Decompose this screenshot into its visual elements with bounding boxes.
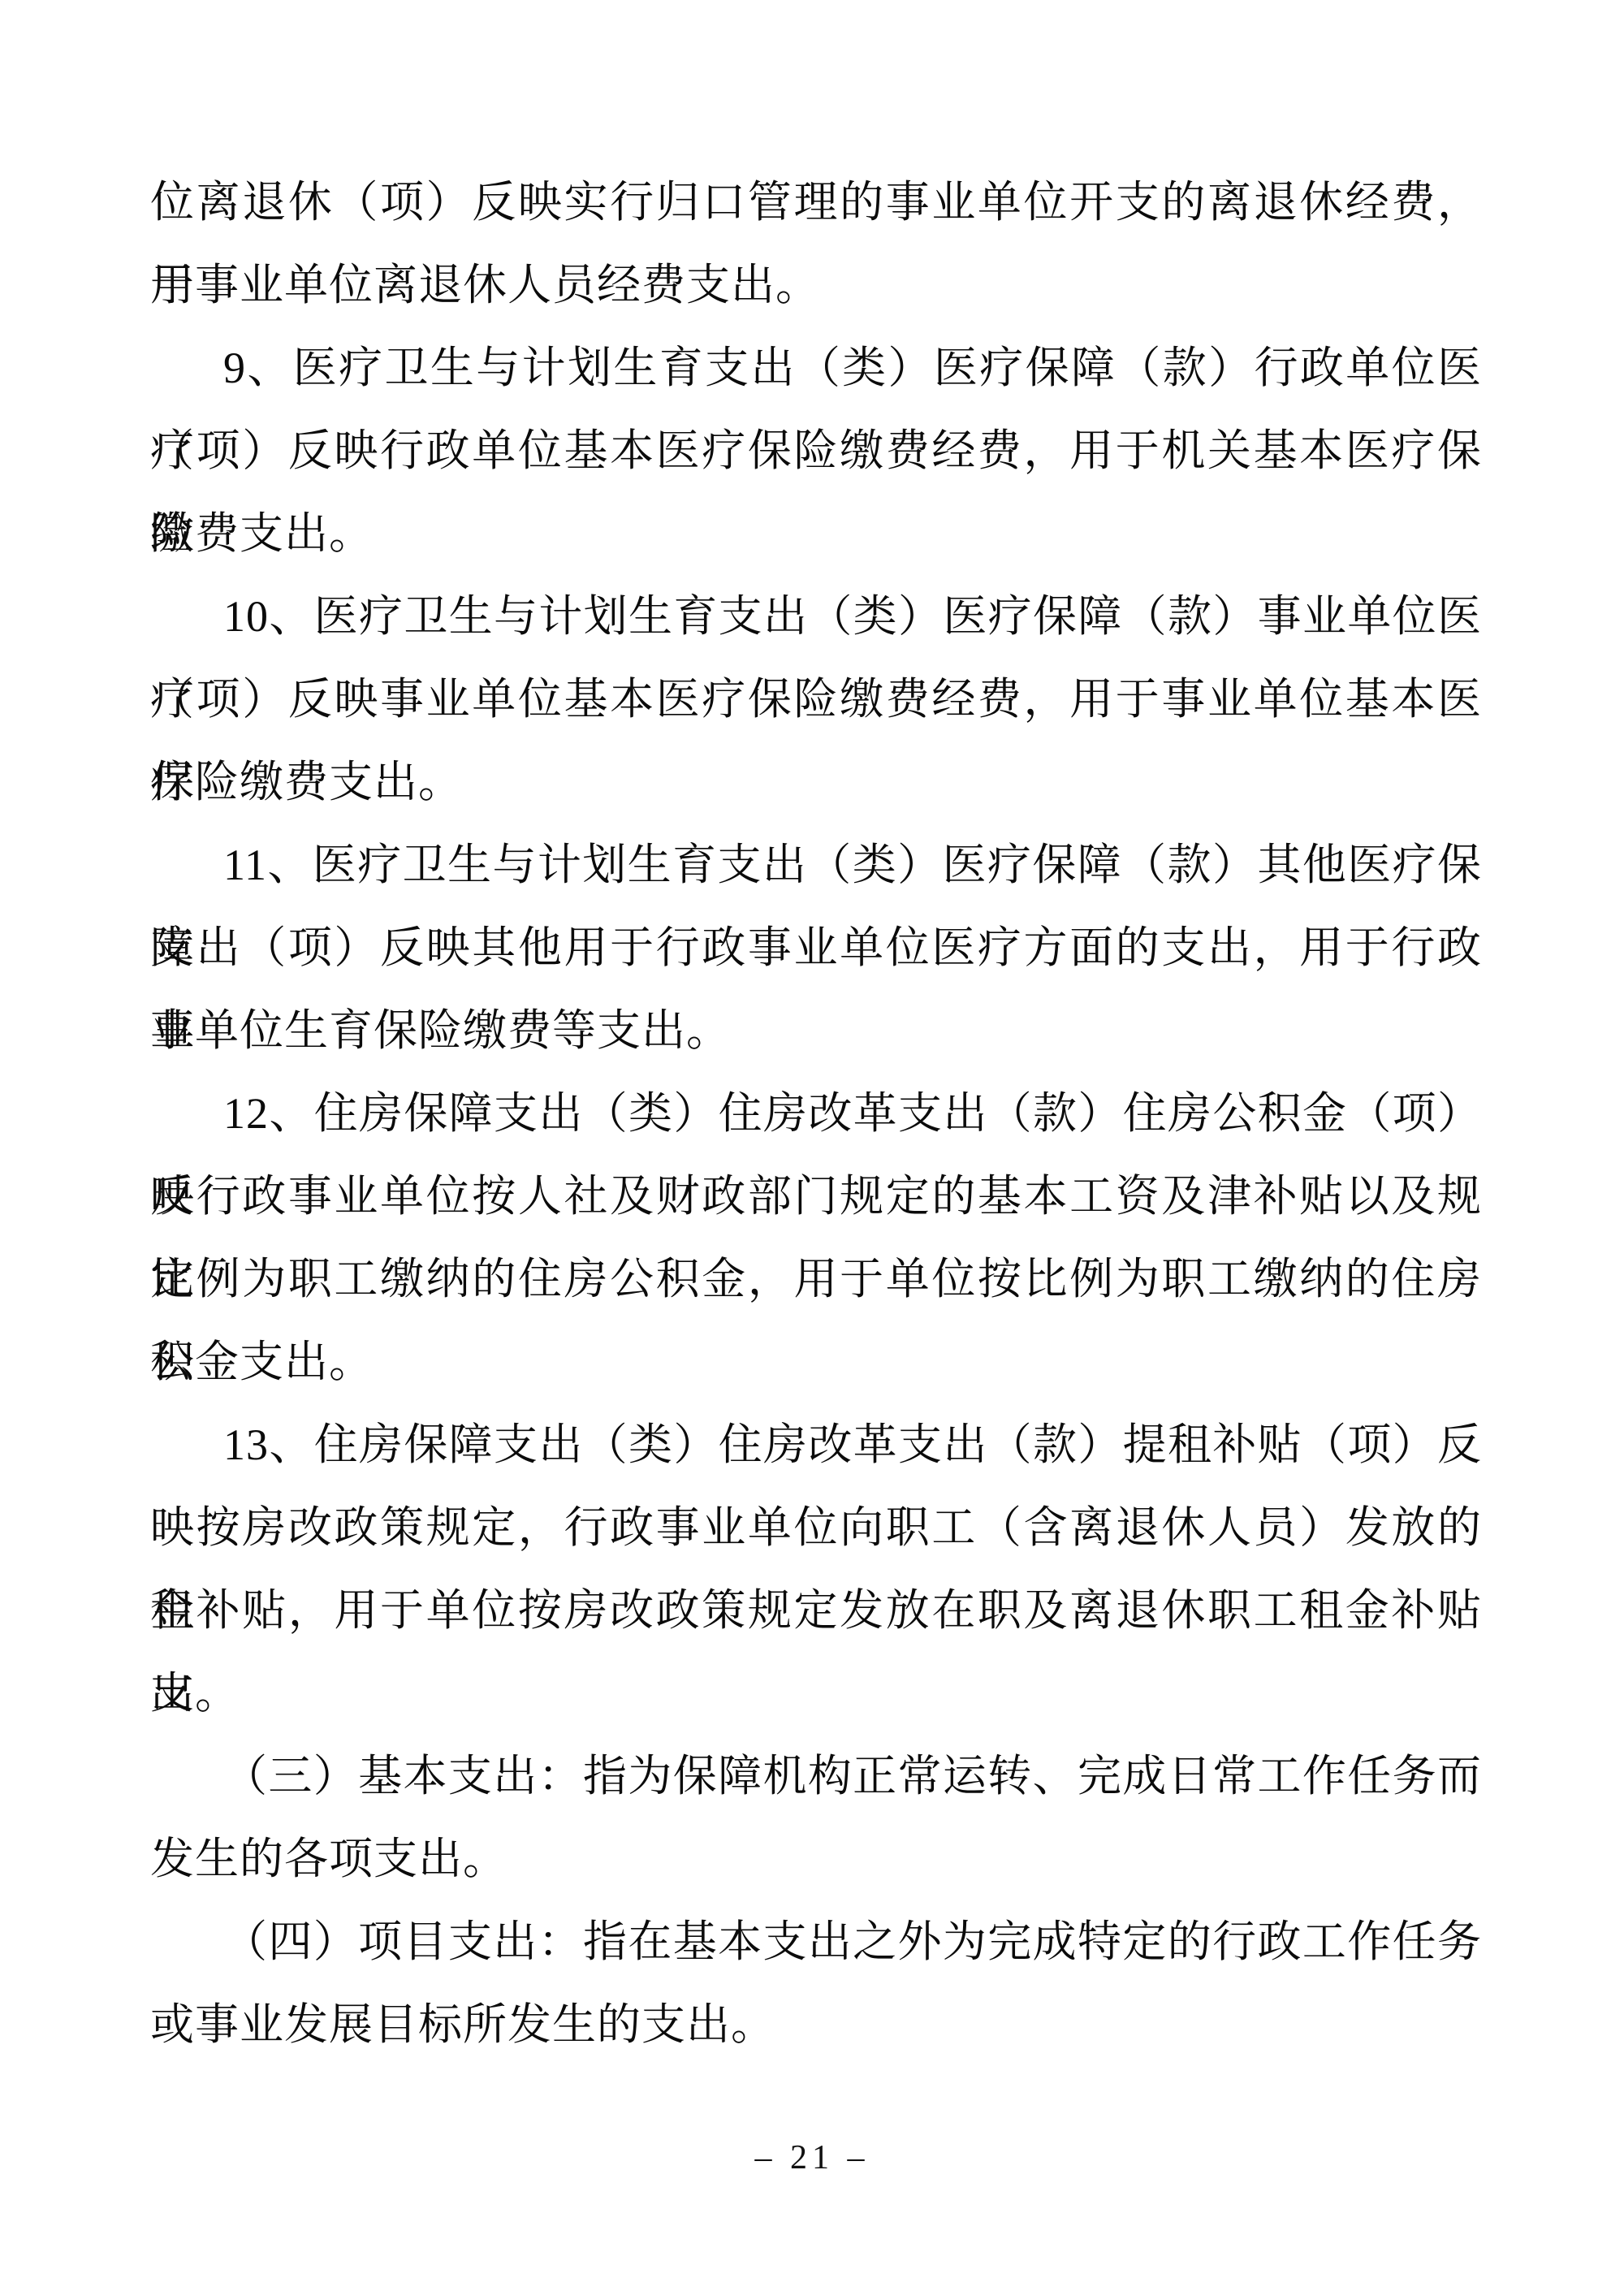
text-line: 位离退休（项）反映实行归口管理的事业单位开支的离退休经费，用 [150,161,1482,244]
text-line: 缴费支出。 [150,492,1482,575]
text-line: 13、住房保障支出（类）住房改革支出（款）提租补贴（项）反 [150,1403,1482,1486]
text-line: 积金支出。 [150,1321,1482,1403]
text-line: 业单位生育保险缴费等支出。 [150,989,1482,1072]
document-page: 位离退休（项）反映实行归口管理的事业单位开支的离退休经费，用 于事业单位离退休人… [0,0,1624,2278]
text-line: （三）基本支出：指为保障机构正常运转、完成日常工作任务而 [150,1735,1482,1818]
text-line: 12、住房保障支出（类）住房改革支出（款）住房公积金（项）反 [150,1072,1482,1155]
text-line: 保险缴费支出。 [150,741,1482,823]
text-line: （项）反映事业单位基本医疗保险缴费经费，用于事业单位基本医疗 [150,658,1482,741]
text-line: （项）反映行政单位基本医疗保险缴费经费，用于机关基本医疗保险 [150,409,1482,492]
text-line: 比例为职工缴纳的住房公积金，用于单位按比例为职工缴纳的住房公 [150,1238,1482,1321]
text-line: 映行政事业单位按人社及财政部门规定的基本工资及津补贴以及规定 [150,1155,1482,1238]
text-line: 11、医疗卫生与计划生育支出（类）医疗保障（款）其他医疗保障 [150,823,1482,906]
text-line: 10、医疗卫生与计划生育支出（类）医疗保障（款）事业单位医疗 [150,575,1482,658]
text-line: 金补贴，用于单位按房改政策规定发放在职及离退休职工租金补贴支 [150,1569,1482,1652]
text-line: 发生的各项支出。 [150,1818,1482,1900]
text-line: 映按房改政策规定，行政事业单位向职工（含离退休人员）发放的租 [150,1486,1482,1569]
text-line: 或事业发展目标所发生的支出。 [150,1983,1482,2066]
text-line: 支出（项）反映其他用于行政事业单位医疗方面的支出，用于行政事 [150,906,1482,989]
text-line: 出。 [150,1652,1482,1735]
text-line: 于事业单位离退休人员经费支出。 [150,244,1482,326]
text-line: 9、医疗卫生与计划生育支出（类）医疗保障（款）行政单位医疗 [150,326,1482,409]
text-line: （四）项目支出：指在基本支出之外为完成特定的行政工作任务 [150,1900,1482,1983]
page-number: – 21 – [0,2129,1624,2186]
document-body: 位离退休（项）反映实行归口管理的事业单位开支的离退休经费，用 于事业单位离退休人… [150,161,1482,2066]
